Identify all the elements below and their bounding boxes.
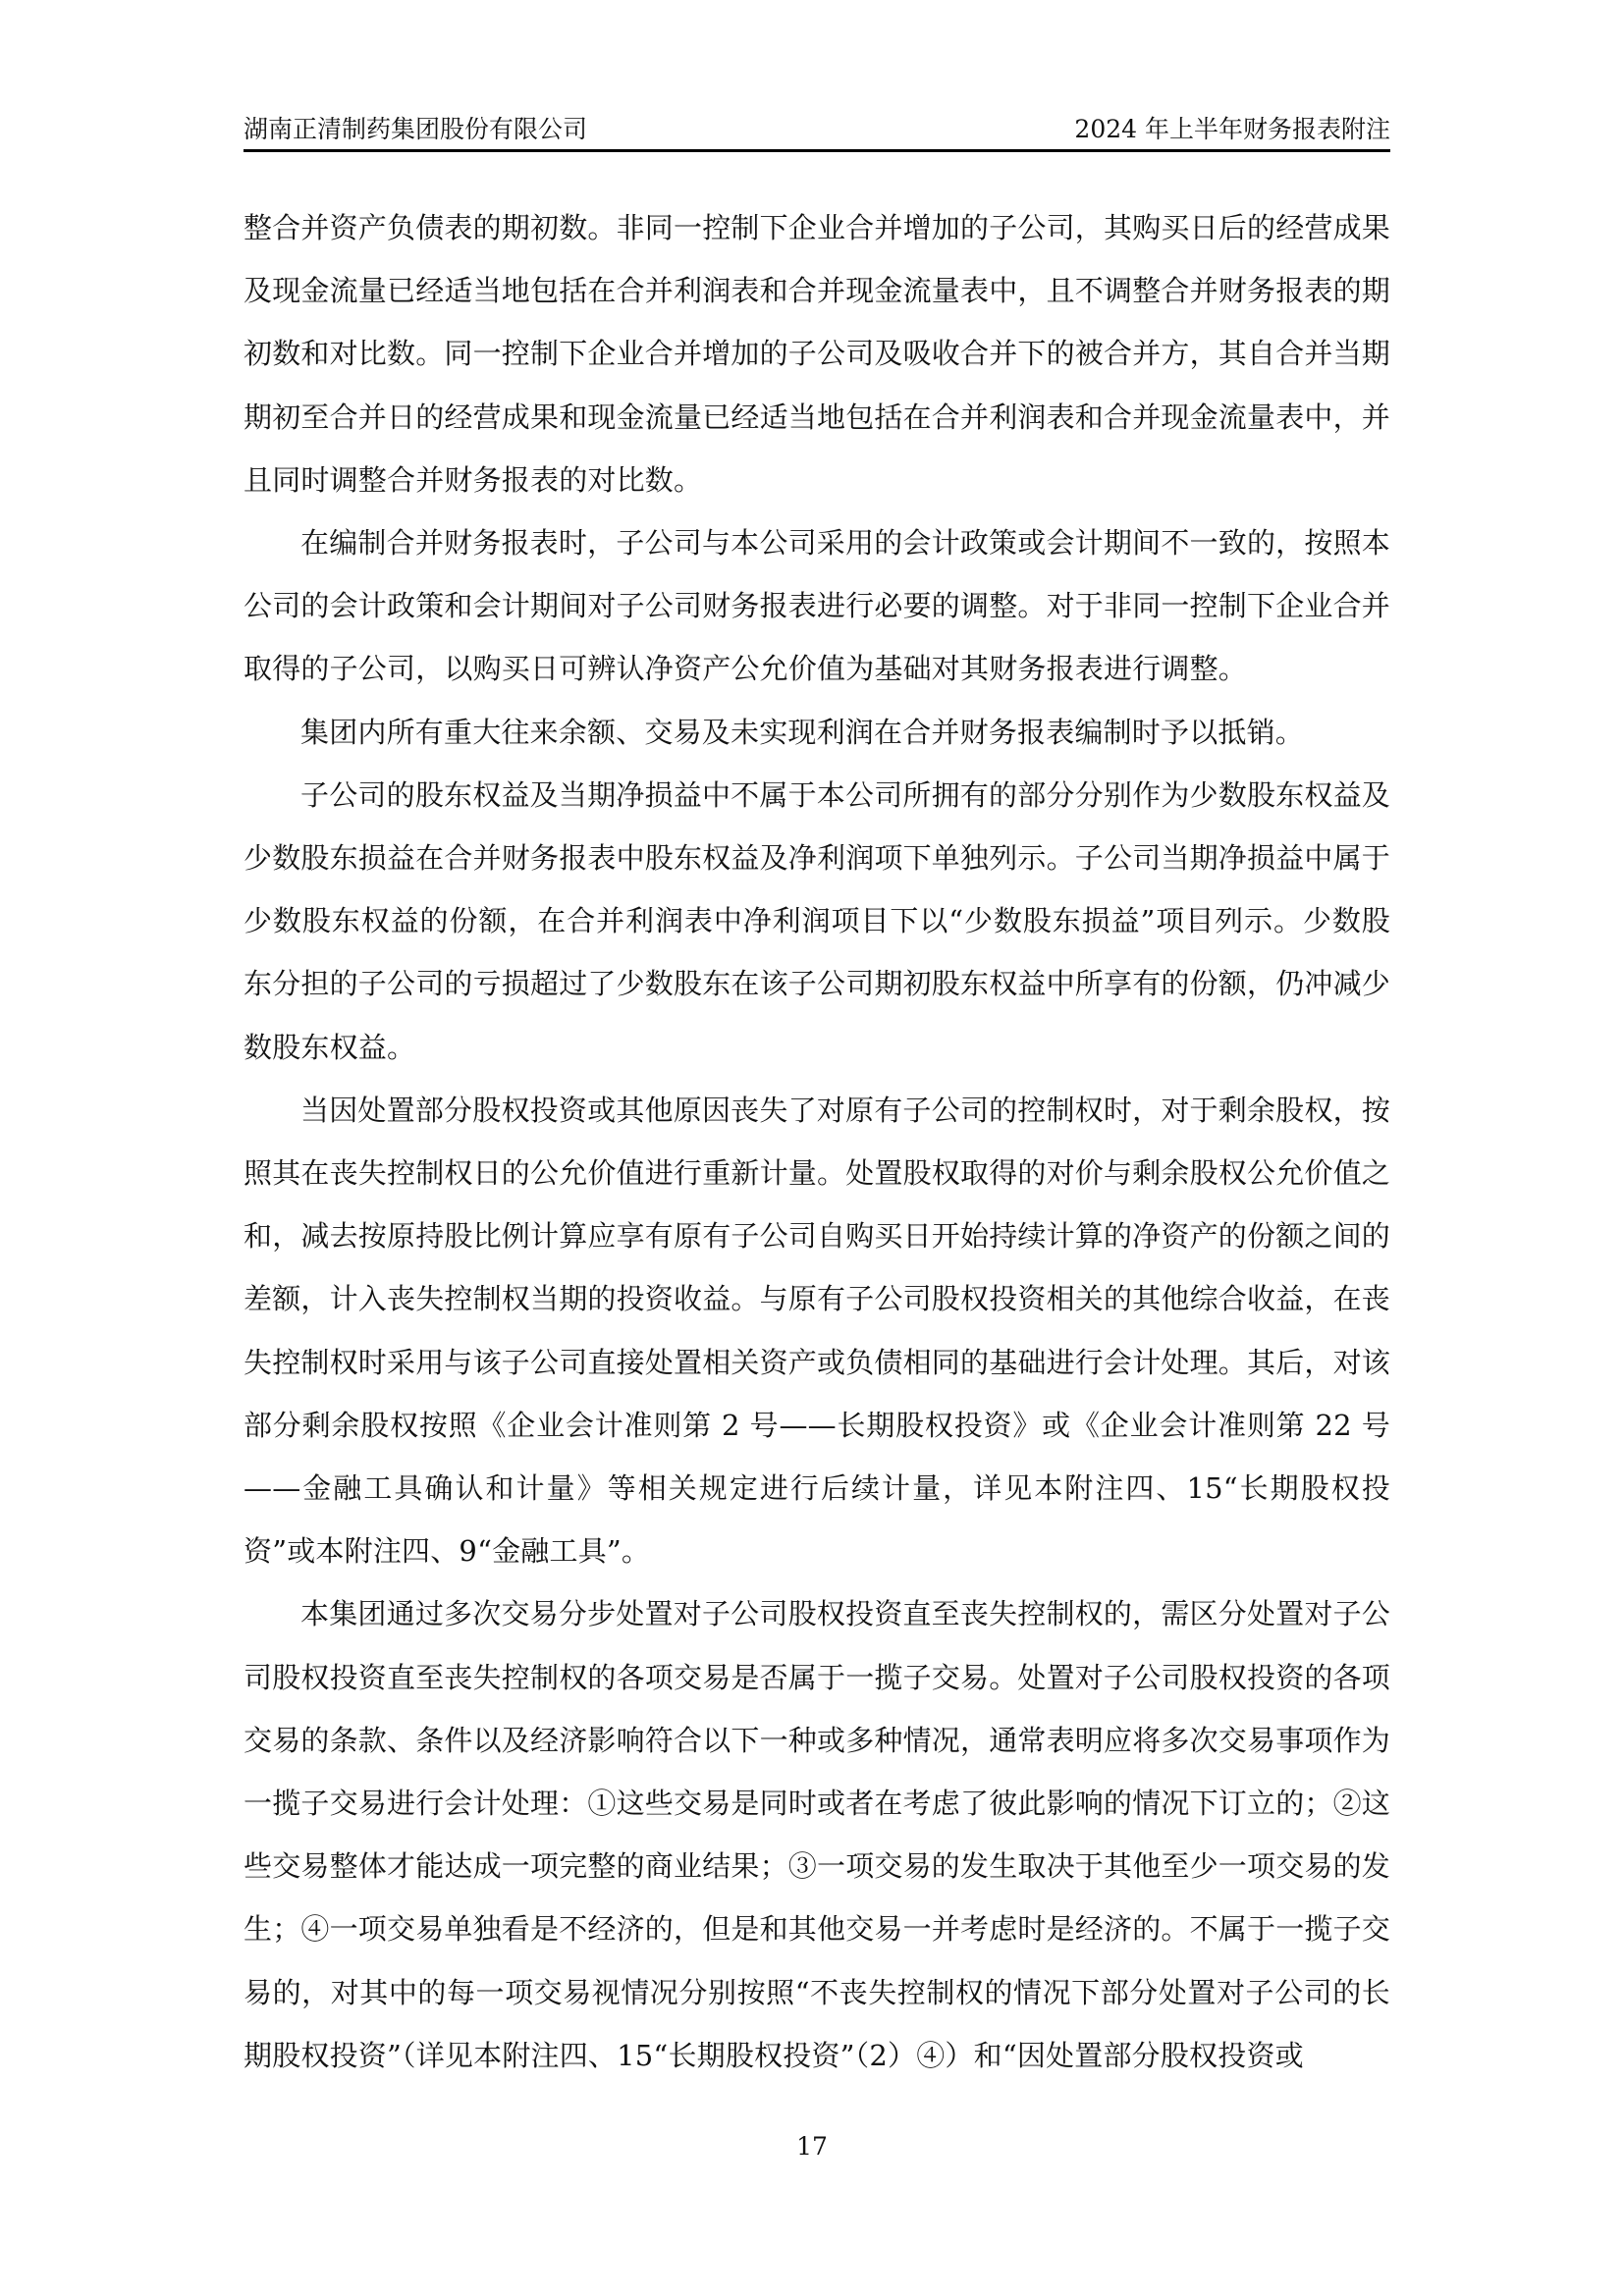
page-number: 17	[0, 2132, 1624, 2162]
document-body: 整合并资产负债表的期初数。非同一控制下企业合并增加的子公司，其购买日后的经营成果…	[244, 196, 1390, 2087]
paragraph-accounting-policy-adjustment: 在编制合并财务报表时，子公司与本公司采用的会计政策或会计期间不一致的，按照本公司…	[244, 511, 1390, 701]
paragraph-minority-interest: 子公司的股东权益及当期净损益中不属于本公司所拥有的部分分别作为少数股东权益及少数…	[244, 764, 1390, 1079]
header-rule	[244, 149, 1390, 152]
company-name: 湖南正清制药集团股份有限公司	[244, 110, 587, 149]
page-header: 湖南正清制药集团股份有限公司 2024 年上半年财务报表附注	[244, 110, 1390, 149]
paragraph-intragroup-elimination: 集团内所有重大往来余额、交易及未实现利润在合并财务报表编制时予以抵销。	[244, 701, 1390, 764]
paragraph-step-disposal: 本集团通过多次交易分步处置对子公司股权投资直至丧失控制权的，需区分处置对子公司股…	[244, 1582, 1390, 2087]
report-title: 2024 年上半年财务报表附注	[1074, 110, 1390, 149]
paragraph-consolidation-scope: 整合并资产负债表的期初数。非同一控制下企业合并增加的子公司，其购买日后的经营成果…	[244, 196, 1390, 511]
paragraph-loss-of-control: 当因处置部分股权投资或其他原因丧失了对原有子公司的控制权时，对于剩余股权，按照其…	[244, 1079, 1390, 1583]
